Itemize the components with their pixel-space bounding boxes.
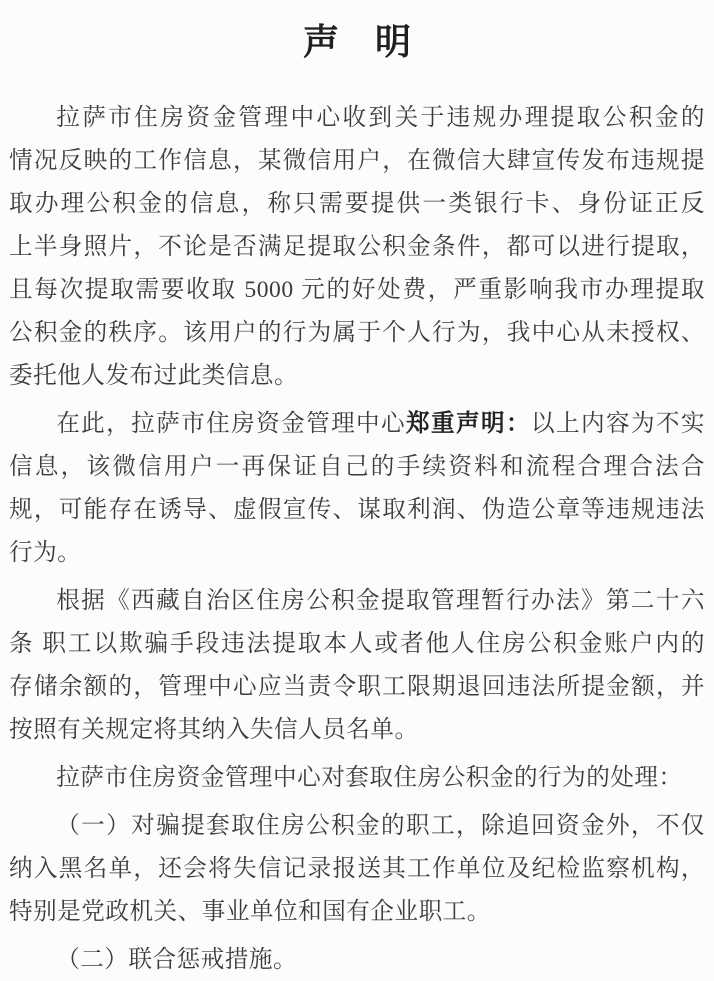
statement-document-page: 声 明 拉萨市住房资金管理中心收到关于违规办理提取公积金的 情况反映的工作信息，… bbox=[0, 0, 714, 981]
statement-title: 声 明 bbox=[9, 20, 705, 64]
text-line: 按照有关规定将其纳入失信人员名单。 bbox=[9, 709, 705, 752]
text-line: 在此，拉萨市住房资金管理中心郑重声明：以上内容为不实 bbox=[9, 403, 705, 446]
text-line: 取办理公积金的信息，称只需要提供一类银行卡、身份证正反面、 bbox=[9, 183, 705, 226]
text-line: 情况反映的工作信息，某微信用户，在微信大肆宣传发布违规提 bbox=[9, 140, 705, 183]
paragraph-handling-intro: 拉萨市住房资金管理中心对套取住房公积金的行为的处理： bbox=[9, 757, 705, 800]
text-line: 特别是党政机关、事业单位和国有企业职工。 bbox=[9, 891, 705, 934]
text-run: 在此，拉萨市住房资金管理中心 bbox=[56, 411, 406, 437]
text-line: 上半身照片，不论是否满足提取公积金条件，都可以进行提取， bbox=[9, 226, 705, 269]
paragraph-measure-two: （二）联合惩戒措施。 bbox=[9, 939, 705, 981]
paragraph-measure-one: （一）对骗提套取住房公积金的职工，除追回资金外，不仅 纳入黑名单，还会将失信记录… bbox=[9, 805, 705, 934]
text-line: 公积金的秩序。该用户的行为属于个人行为，我中心从未授权、 bbox=[9, 312, 705, 355]
text-line: （一）对骗提套取住房公积金的职工，除追回资金外，不仅 bbox=[9, 805, 705, 848]
text-line: 拉萨市住房资金管理中心收到关于违规办理提取公积金的 bbox=[9, 97, 705, 140]
paragraph-solemn-declaration: 在此，拉萨市住房资金管理中心郑重声明：以上内容为不实 信息，该微信用户一再保证自… bbox=[9, 403, 705, 575]
bold-emphasis: 郑重声明： bbox=[406, 411, 531, 437]
text-line: 存储余额的，管理中心应当责令职工限期退回违法所提金额，并 bbox=[9, 666, 705, 709]
text-line: 行为。 bbox=[9, 532, 705, 575]
text-line: 规，可能存在诱导、虚假宣传、谋取利润、伪造公章等违规违法 bbox=[9, 489, 705, 532]
text-line: 信息，该微信用户一再保证自己的手续资料和流程合理合法合 bbox=[9, 446, 705, 489]
text-line: 纳入黑名单，还会将失信记录报送其工作单位及纪检监察机构， bbox=[9, 848, 705, 891]
text-line: 委托他人发布过此类信息。 bbox=[9, 355, 705, 398]
text-run: 以上内容为不实 bbox=[531, 411, 705, 437]
text-line: 条 职工以欺骗手段违法提取本人或者他人住房公积金账户内的 bbox=[9, 623, 705, 666]
text-line: 根据《西藏自治区住房公积金提取管理暂行办法》第二十六 bbox=[9, 580, 705, 623]
text-line: （二）联合惩戒措施。 bbox=[9, 939, 705, 981]
paragraph-report-info: 拉萨市住房资金管理中心收到关于违规办理提取公积金的 情况反映的工作信息，某微信用… bbox=[9, 97, 705, 398]
paragraph-regulation-basis: 根据《西藏自治区住房公积金提取管理暂行办法》第二十六 条 职工以欺骗手段违法提取… bbox=[9, 580, 705, 752]
statement-body: 拉萨市住房资金管理中心收到关于违规办理提取公积金的 情况反映的工作信息，某微信用… bbox=[9, 97, 705, 981]
text-line: 且每次提取需要收取 5000 元的好处费，严重影响我市办理提取 bbox=[9, 269, 705, 312]
text-line: 拉萨市住房资金管理中心对套取住房公积金的行为的处理： bbox=[9, 757, 705, 800]
